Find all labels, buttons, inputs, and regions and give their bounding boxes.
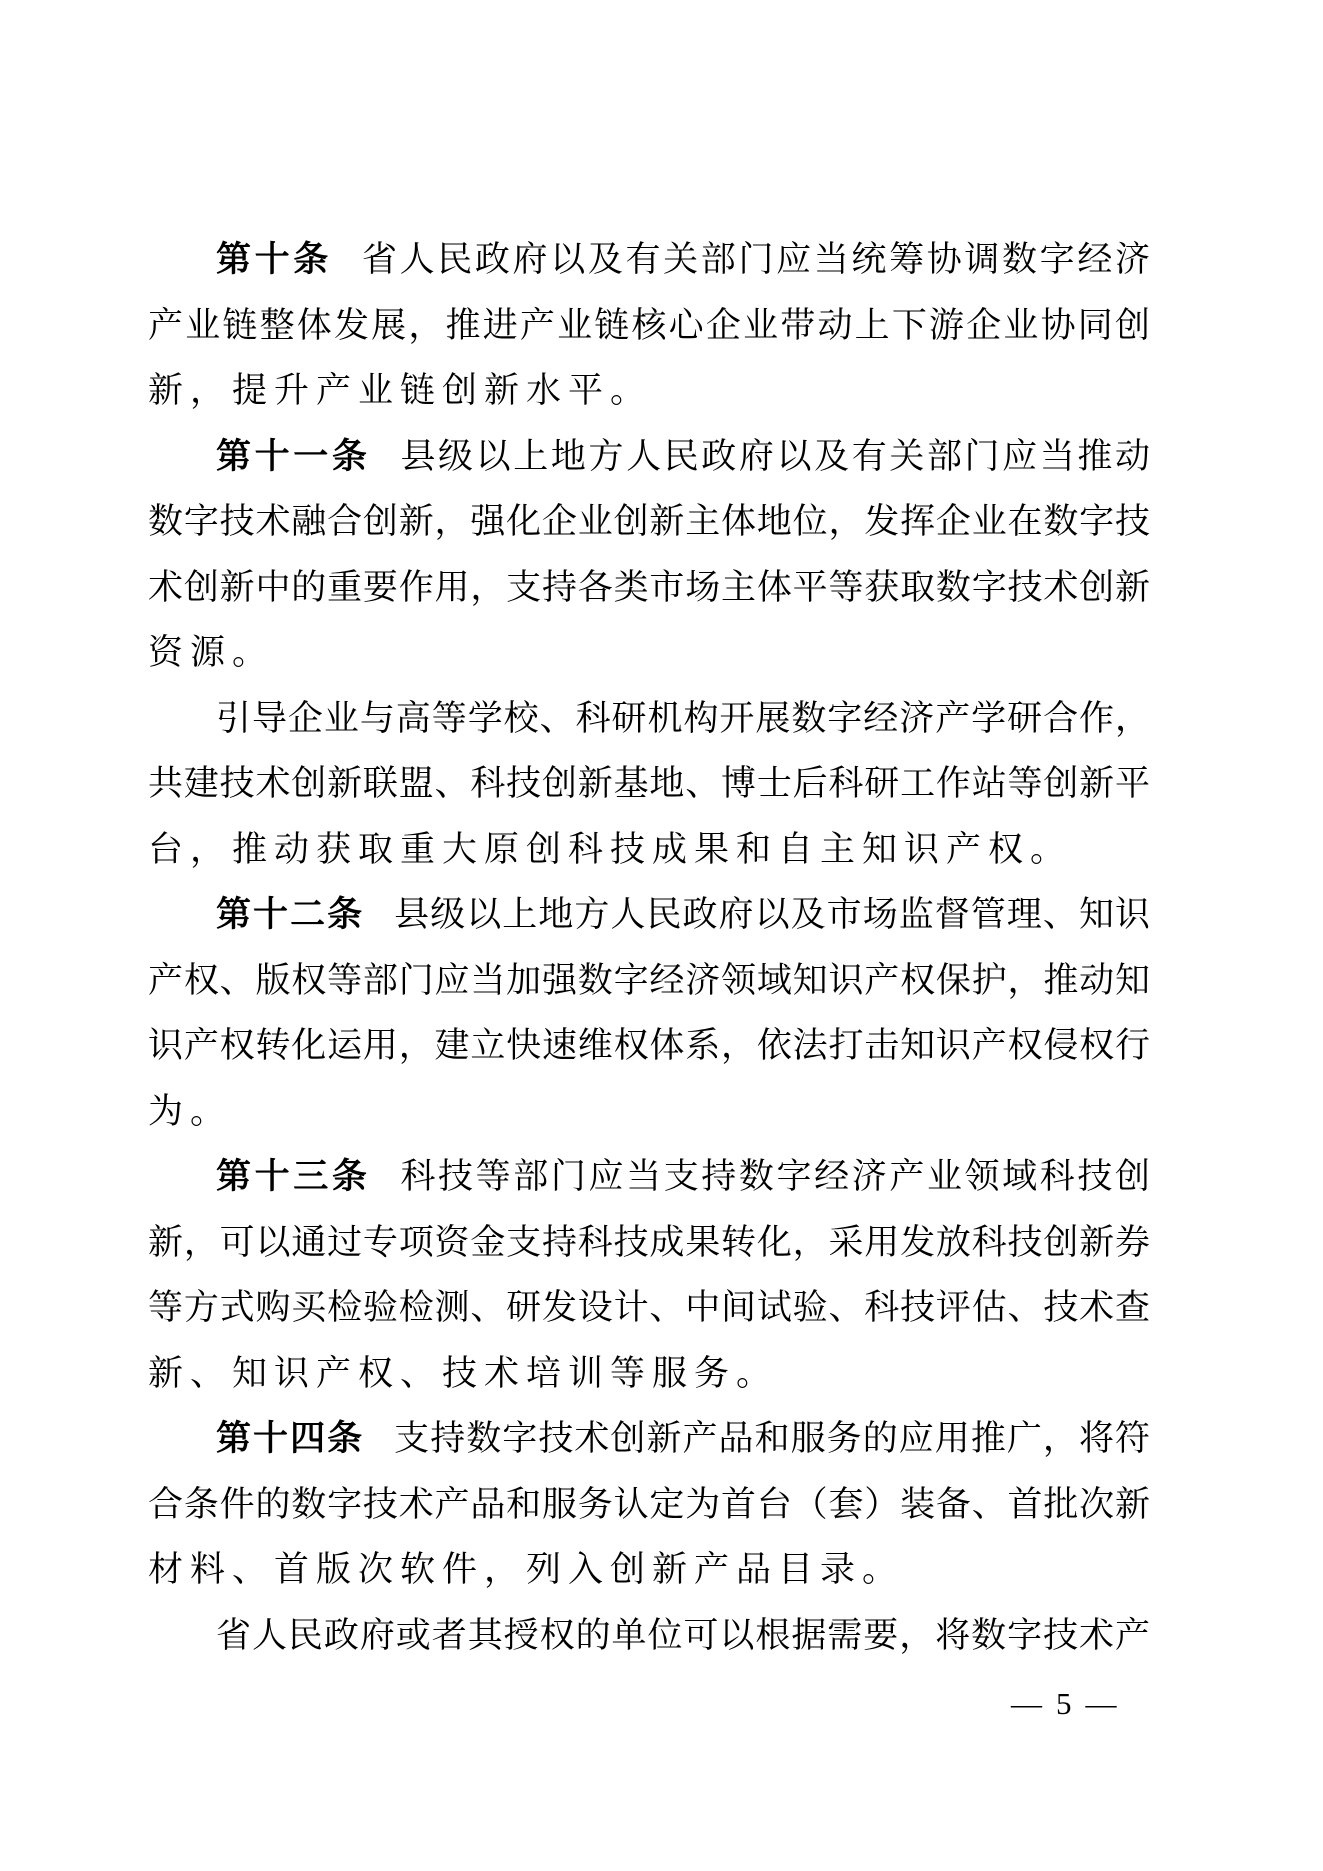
line-text: 产业链整体发展，推进产业链核心企业带动上下游企业协同创: [148, 306, 1150, 345]
text-line: 等方式购买检验检测、研发设计、中间试验、科技评估、技术查: [148, 1275, 1150, 1341]
line-text: 支持数字技术创新产品和服务的应用推广，将符: [394, 1419, 1150, 1458]
line-text: 科技等部门应当支持数字经济产业领域科技创: [400, 1157, 1150, 1196]
line-text: 资源。: [148, 633, 274, 672]
line-text: 等方式购买检验检测、研发设计、中间试验、科技评估、技术查: [148, 1288, 1150, 1327]
text-line: 共建技术创新联盟、科技创新基地、博士后科研工作站等创新平: [148, 751, 1150, 817]
text-line: 为。: [148, 1079, 1150, 1145]
text-line: 材料、首版次软件，列入创新产品目录。: [148, 1537, 1150, 1603]
line-text: 产权、版权等部门应当加强数字经济领域知识产权保护，推动知: [148, 961, 1150, 1000]
line-text: 数字技术融合创新，强化企业创新主体地位，发挥企业在数字技: [148, 502, 1150, 541]
article-number: 第十一条: [216, 437, 370, 476]
line-text: 合条件的数字技术产品和服务认定为首台（套）装备、首批次新: [148, 1485, 1150, 1524]
line-text: 县级以上地方人民政府以及市场监督管理、知识: [394, 895, 1150, 934]
article-number: 第十四条: [216, 1419, 364, 1458]
line-text: 县级以上地方人民政府以及有关部门应当推动: [400, 437, 1150, 476]
text-line: 产权、版权等部门应当加强数字经济领域知识产权保护，推动知: [148, 948, 1150, 1014]
line-text: 识产权转化运用，建立快速维权体系，依法打击知识产权侵权行: [148, 1026, 1150, 1065]
footer-dash-right: —: [1086, 1686, 1117, 1721]
text-line: 产业链整体发展，推进产业链核心企业带动上下游企业协同创: [148, 293, 1150, 359]
text-line: 合条件的数字技术产品和服务认定为首台（套）装备、首批次新: [148, 1472, 1150, 1538]
text-line: 台，推动获取重大原创科技成果和自主知识产权。: [148, 817, 1150, 883]
line-text: 省人民政府以及有关部门应当统筹协调数字经济: [362, 240, 1150, 279]
line-text: 引导企业与高等学校、科研机构开展数字经济产学研合作，: [216, 699, 1150, 738]
line-text: 台，推动获取重大原创科技成果和自主知识产权。: [148, 830, 1072, 869]
article-line: 第十一条县级以上地方人民政府以及有关部门应当推动: [148, 424, 1150, 490]
line-text: 新，提升产业链创新水平。: [148, 371, 652, 410]
text-line: 新，可以通过专项资金支持科技成果转化，采用发放科技创新券: [148, 1210, 1150, 1276]
article-line: 第十四条支持数字技术创新产品和服务的应用推广，将符: [148, 1406, 1150, 1472]
line-text: 材料、首版次软件，列入创新产品目录。: [148, 1550, 904, 1589]
article-line: 第十二条县级以上地方人民政府以及市场监督管理、知识: [148, 882, 1150, 948]
text-line: 资源。: [148, 620, 1150, 686]
line-text: 为。: [148, 1092, 232, 1131]
line-text: 新，可以通过专项资金支持科技成果转化，采用发放科技创新券: [148, 1223, 1150, 1262]
article-number: 第十二条: [216, 895, 364, 934]
article-number: 第十条: [216, 240, 332, 279]
article-number: 第十三条: [216, 1157, 370, 1196]
document-body: 第十条省人民政府以及有关部门应当统筹协调数字经济产业链整体发展，推进产业链核心企…: [148, 227, 1150, 1668]
text-line: 识产权转化运用，建立快速维权体系，依法打击知识产权侵权行: [148, 1013, 1150, 1079]
footer-dash-left: —: [1011, 1686, 1042, 1721]
text-line: 新，提升产业链创新水平。: [148, 358, 1150, 424]
text-line: 省人民政府或者其授权的单位可以根据需要，将数字技术产: [148, 1603, 1150, 1669]
line-text: 术创新中的重要作用，支持各类市场主体平等获取数字技术创新: [148, 568, 1150, 607]
text-line: 术创新中的重要作用，支持各类市场主体平等获取数字技术创新: [148, 555, 1150, 621]
page-number: 5: [1056, 1686, 1072, 1721]
article-line: 第十三条科技等部门应当支持数字经济产业领域科技创: [148, 1144, 1150, 1210]
line-text: 共建技术创新联盟、科技创新基地、博士后科研工作站等创新平: [148, 764, 1150, 803]
article-line: 第十条省人民政府以及有关部门应当统筹协调数字经济: [148, 227, 1150, 293]
line-text: 省人民政府或者其授权的单位可以根据需要，将数字技术产: [216, 1616, 1150, 1655]
text-line: 引导企业与高等学校、科研机构开展数字经济产学研合作，: [148, 686, 1150, 752]
text-line: 新、知识产权、技术培训等服务。: [148, 1341, 1150, 1407]
page-footer: —5—: [1004, 1686, 1124, 1722]
line-text: 新、知识产权、技术培训等服务。: [148, 1354, 778, 1393]
text-line: 数字技术融合创新，强化企业创新主体地位，发挥企业在数字技: [148, 489, 1150, 555]
